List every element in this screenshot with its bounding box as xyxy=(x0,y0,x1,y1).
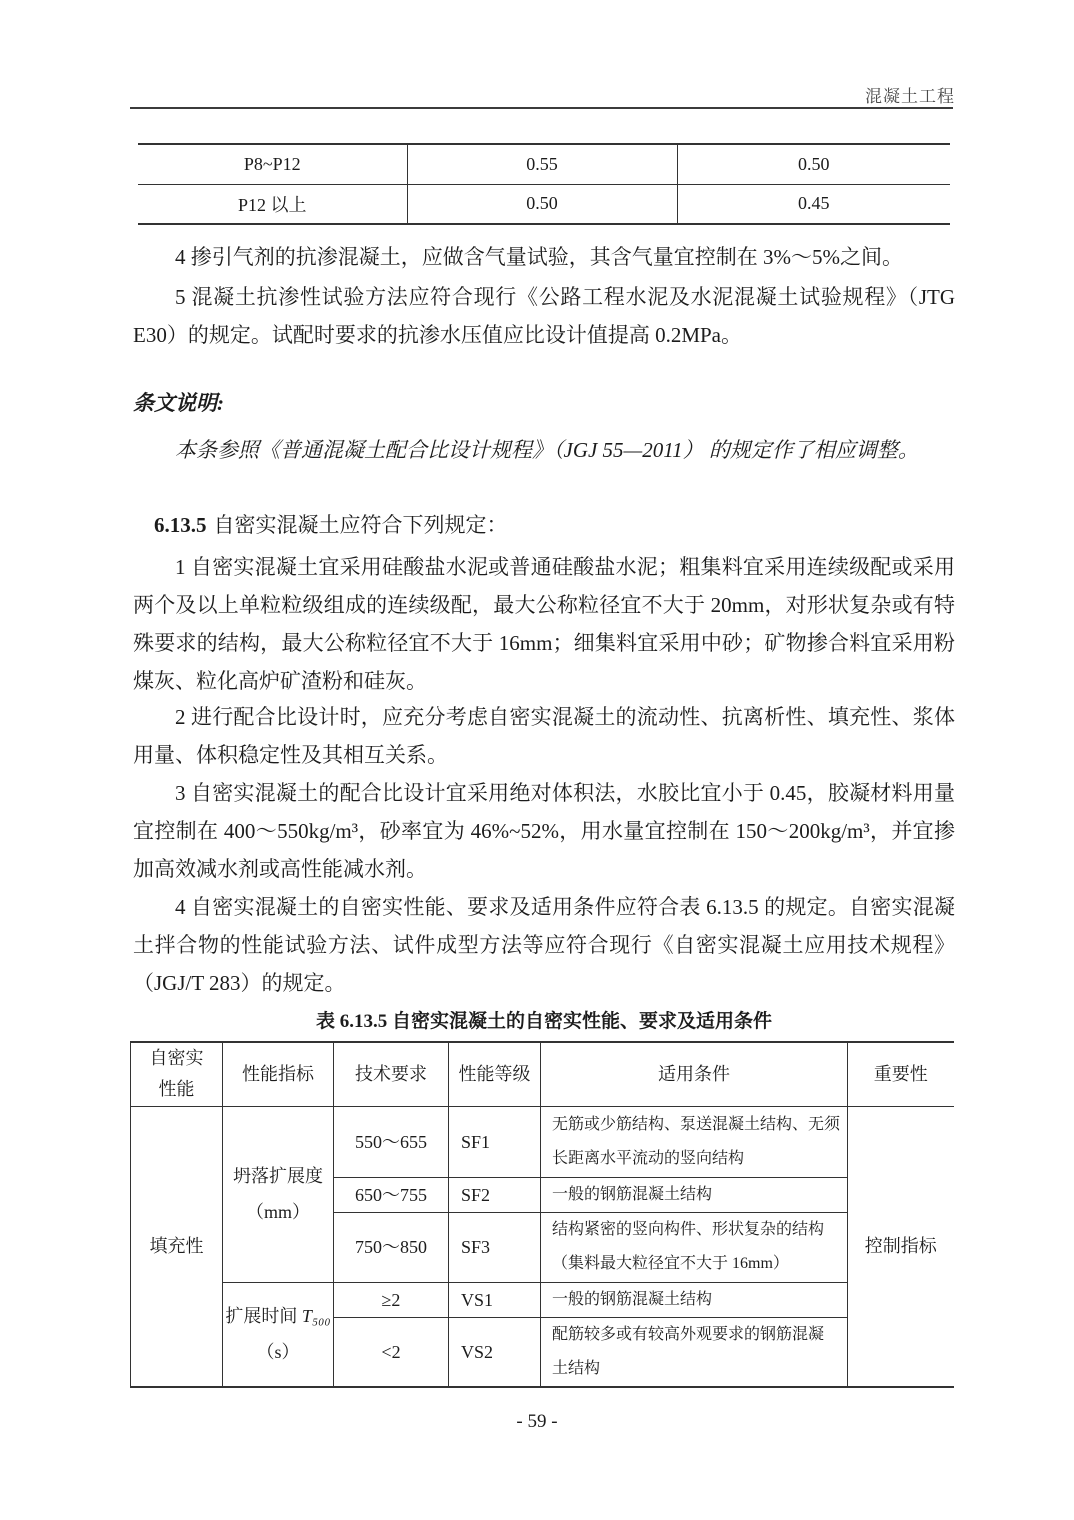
table-cell: 0.50 xyxy=(407,184,677,224)
cell-condition: 配筋较多或有较高外观要求的钢筋混凝 土结构 xyxy=(541,1317,848,1387)
paragraph-scc-mix-design: 2 进行配合比设计时，应充分考虑自密实混凝土的流动性、抗离析性、填充性、浆体用量… xyxy=(133,698,955,774)
cell-grade: SF3 xyxy=(449,1212,541,1282)
paragraph-permeability-test: 5 混凝土抗渗性试验方法应符合现行《公路工程水泥及水泥混凝土试验规程》（JTG … xyxy=(133,278,955,354)
header-cell-indicator: 性能指标 xyxy=(223,1042,334,1106)
table-caption: 表 6.13.5 自密实混凝土的自密实性能、要求及适用条件 xyxy=(133,1006,955,1033)
cell-importance: 控制指标 xyxy=(848,1106,954,1387)
cell-grade: SF1 xyxy=(449,1106,541,1177)
clause-number: 6.13.5 xyxy=(154,513,207,537)
table-row: 填充性 坍落扩展度 （mm） 550～655 SF1 无筋或少筋结构、泵送混凝土… xyxy=(131,1106,954,1177)
cell-requirement: <2 xyxy=(334,1317,449,1387)
table-header-row: 自密实性能 性能指标 技术要求 性能等级 适用条件 重要性 xyxy=(131,1042,954,1106)
clause-notes-title: 条文说明: xyxy=(133,384,955,422)
cell-grade: VS2 xyxy=(449,1317,541,1387)
cell-condition: 一般的钢筋混凝土结构 xyxy=(541,1282,848,1317)
paragraph-scc-materials: 1 自密实混凝土宜采用硅酸盐水泥或普通硅酸盐水泥；粗集料宜采用连续级配或采用两个… xyxy=(133,548,955,700)
table-cell: 0.55 xyxy=(407,144,677,184)
table-row: P12 以上 0.50 0.45 xyxy=(138,184,950,224)
cell-slump-flow-indicator: 坍落扩展度 （mm） xyxy=(223,1106,334,1282)
header-rule xyxy=(130,107,953,109)
paragraph-scc-proportion: 3 自密实混凝土的配合比设计宜采用绝对体积法，水胶比宜小于 0.45，胶凝材料用… xyxy=(133,774,955,888)
table-cell: 0.45 xyxy=(677,184,950,224)
table-cell: 0.50 xyxy=(677,144,950,184)
clause-heading: 6.13.5自密实混凝土应符合下列规定： xyxy=(133,506,955,544)
cell-condition: 一般的钢筋混凝土结构 xyxy=(541,1177,848,1212)
impermeability-table: P8~P12 0.55 0.50 P12 以上 0.50 0.45 xyxy=(138,143,950,225)
header-cell-condition: 适用条件 xyxy=(541,1042,848,1106)
page-header-label: 混凝土工程 xyxy=(865,82,955,107)
table-row: P8~P12 0.55 0.50 xyxy=(138,144,950,184)
document-page: 混凝土工程 P8~P12 0.55 0.50 P12 以上 0.50 0.45 … xyxy=(0,0,1074,1520)
cell-t500-indicator: 扩展时间 T₅₀₀ （s） xyxy=(223,1282,334,1387)
cell-requirement: 750～850 xyxy=(334,1212,449,1282)
scc-performance-table: 自密实性能 性能指标 技术要求 性能等级 适用条件 重要性 填充性 坍落扩展度 … xyxy=(130,1041,954,1388)
paragraph-scc-performance: 4 自密实混凝土的自密实性能、要求及适用条件应符合表 6.13.5 的规定。自密… xyxy=(133,888,955,1002)
cell-requirement: 550～655 xyxy=(334,1106,449,1177)
header-cell-requirement: 技术要求 xyxy=(334,1042,449,1106)
table-cell: P12 以上 xyxy=(138,184,407,224)
clause-title: 自密实混凝土应符合下列规定： xyxy=(214,513,508,537)
page-number: - 59 - xyxy=(0,1411,1074,1433)
table-row: 扩展时间 T₅₀₀ （s） ≥2 VS1 一般的钢筋混凝土结构 xyxy=(131,1282,954,1317)
cell-condition: 无筋或少筋结构、泵送混凝土结构、无须 长距离水平流动的竖向结构 xyxy=(541,1106,848,1177)
cell-requirement: 650～755 xyxy=(334,1177,449,1212)
table-cell: P8~P12 xyxy=(138,144,407,184)
cell-condition: 结构紧密的竖向构件、形状复杂的结构 （集料最大粒径宜不大于 16mm） xyxy=(541,1212,848,1282)
cell-grade: VS1 xyxy=(449,1282,541,1317)
cell-grade: SF2 xyxy=(449,1177,541,1212)
header-cell-grade: 性能等级 xyxy=(449,1042,541,1106)
clause-notes-body: 本条参照《普通混凝土配合比设计规程》（JGJ 55—2011） 的规定作了相应调… xyxy=(133,431,955,469)
paragraph-air-entrained: 4 掺引气剂的抗渗混凝土，应做含气量试验，其含气量宜控制在 3%～5%之间。 xyxy=(133,238,955,276)
cell-requirement: ≥2 xyxy=(334,1282,449,1317)
header-cell-property: 自密实性能 xyxy=(131,1042,223,1106)
header-cell-importance: 重要性 xyxy=(848,1042,954,1106)
cell-property: 填充性 xyxy=(131,1106,223,1387)
